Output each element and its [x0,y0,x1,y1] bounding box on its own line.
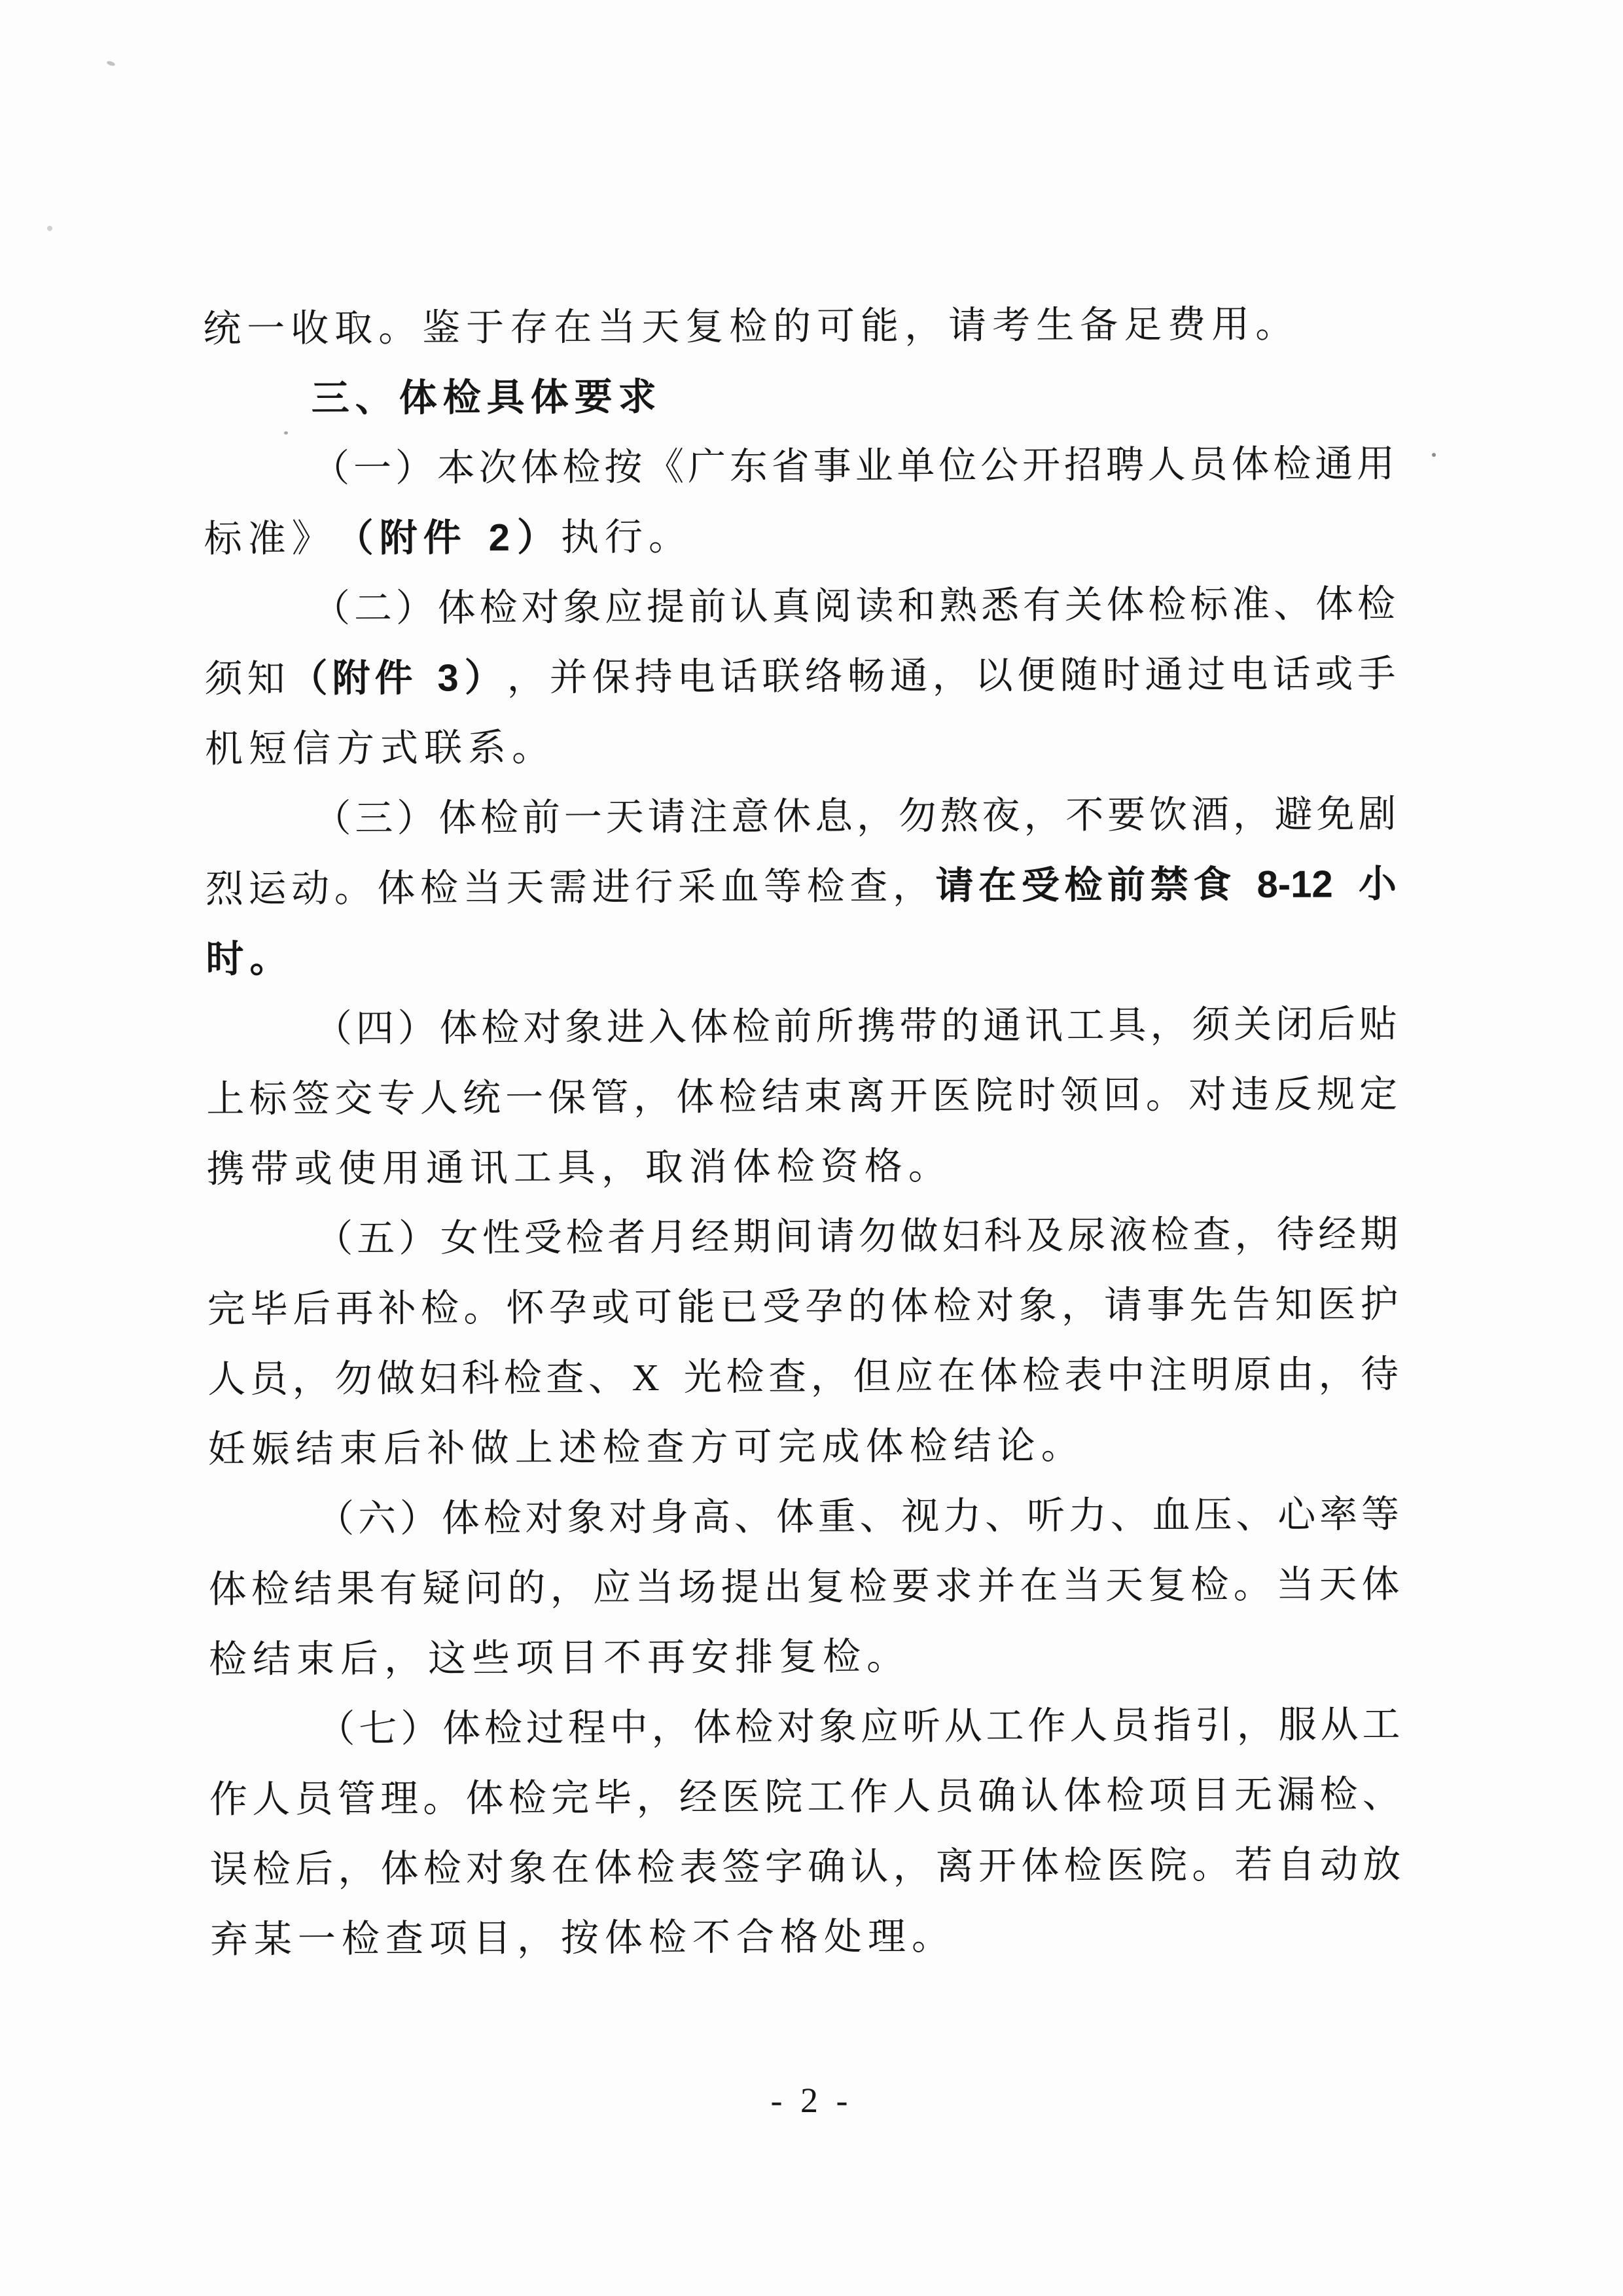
char: 人 [252,1778,290,1821]
char: 交 [334,1078,372,1121]
char: 、 [1274,584,1311,626]
char: 检 [423,1848,461,1890]
char: 须 [1192,1004,1230,1047]
char: 工 [986,1706,1024,1748]
char: 业 [855,445,893,488]
char: 五 [357,1218,395,1261]
char: 请 [935,865,973,908]
char: 体 [1107,584,1145,627]
char: 规 [1317,1073,1355,1116]
char: 娠 [252,1428,290,1471]
char: ， [1234,1214,1272,1257]
char: 在 [1020,1565,1058,1607]
char: 通 [1145,654,1183,696]
char: 检 [480,797,518,840]
char: 广 [688,446,726,489]
char: 员 [294,1778,332,1821]
char: 员 [1189,444,1227,486]
char: 招 [1064,444,1102,487]
char: 开 [1022,444,1060,487]
text-line: （六）体检对象对身高、体重、视力、听力、血压、心率等 [208,1480,1399,1555]
text-line: 机短信方式联系。 [205,709,1396,785]
char: 再 [647,1637,685,1679]
char: 畅 [847,655,885,698]
char: 三 [355,798,393,840]
char: 应 [895,1355,933,1398]
char: 检 [1190,1564,1228,1607]
char: 。 [1255,304,1293,346]
char: 象 [567,1497,605,1539]
char: 《 [646,446,684,489]
char: 当 [597,306,635,349]
char: ， [338,1848,376,1891]
text-line: 时。 [205,920,1397,995]
char: ， [636,1777,674,1820]
char: 完 [778,1426,816,1469]
char: 剧 [1358,793,1396,836]
char: 闭 [1275,1004,1313,1047]
char: 用 [1211,304,1249,346]
char: 话 [719,656,757,698]
char: 作 [850,1776,888,1818]
char: 话 [1272,654,1310,696]
char: ， [932,655,970,698]
char: 确 [808,1846,846,1889]
text-line: 作人员管理。体检完毕，经医院工作人员确认体检项目无漏检、 [209,1760,1400,1835]
char: 二 [354,588,392,630]
char: 签 [722,1846,760,1889]
char: 。 [423,1778,461,1820]
char: 小 [1359,863,1397,906]
char: 体 [776,1496,814,1539]
char: 经 [679,1777,717,1820]
char: 后 [295,1848,333,1891]
char: 求 [935,1566,972,1608]
char: 体 [439,1007,477,1050]
char: 对 [777,1706,815,1749]
char: 月 [649,1217,687,1259]
char: 时 [1102,655,1140,697]
char: 孕 [549,1287,587,1329]
char: 象 [565,1007,603,1049]
char: 通 [983,1005,1021,1048]
char: 。 [1233,1564,1271,1607]
text-line: （一）本次体检按《广东省事业单位公开招聘人员体检通用 [204,429,1395,505]
char: 听 [902,1706,940,1748]
char: 中 [1107,1355,1145,1397]
char: ， [384,1638,422,1681]
char: 关 [1234,1004,1272,1047]
char: 事 [813,446,851,488]
char: 血 [1152,1494,1190,1537]
char: 、 [859,1496,897,1538]
char: 联 [424,727,462,770]
char: 要 [575,376,613,419]
char: 处 [824,1916,862,1959]
char: 体 [438,797,476,840]
char: 按 [604,446,642,489]
char: 检 [933,1285,971,1328]
char: ， [651,1707,689,1749]
char: 一 [298,1918,336,1961]
char: 束 [340,1428,378,1471]
char: 请 [948,305,986,348]
char: 并 [550,656,588,699]
char: 省 [772,446,810,488]
char: 者 [607,1217,645,1259]
char: 检 [1151,1214,1189,1257]
char: 检 [726,1356,764,1399]
char: 格 [780,1916,818,1959]
text-line: 统一收取。鉴于存在当天复检的可能，请考生备足费用。 [203,289,1394,365]
char: 夜 [982,795,1020,838]
char: 应 [605,586,643,629]
char: 时 [205,939,243,981]
char: 签 [292,1078,330,1121]
char: 过 [1187,654,1225,696]
char: 妊 [208,1429,246,1471]
char: 的 [941,1005,979,1048]
char: ， [1150,1004,1188,1047]
char: ， [1318,1354,1356,1396]
text-line: 体检结果有疑问的，应当场提出复检要求并在当天复检。当天体 [208,1550,1399,1625]
char: 天 [506,867,544,910]
char: 体 [676,1077,714,1119]
char: 工 [514,1147,552,1190]
char: 注 [1149,1354,1187,1397]
char: 体 [891,1285,929,1328]
char: 待 [1361,1354,1399,1396]
char: 息 [815,796,853,838]
char: 携 [207,1149,245,1191]
text-line: 标准》（附件2）执行。 [204,499,1395,575]
char: 不 [603,1637,641,1679]
char: 论 [997,1425,1035,1467]
char: 出 [764,1566,802,1609]
scan-speck [1432,453,1436,457]
char: 待 [1276,1214,1314,1257]
char: 消 [689,1147,727,1189]
page-number: - 2 - [0,2080,1623,2121]
char: 性 [482,1217,520,1260]
char: 件 [374,658,412,700]
char: ） [398,1007,436,1050]
char: 查 [647,1427,685,1469]
char: 服 [1279,1704,1317,1747]
char: 提 [647,586,685,629]
char: 已 [720,1286,758,1329]
char: 足 [1124,304,1162,347]
char: 复 [779,1636,817,1679]
char: 体 [531,377,569,420]
char: 体 [208,1569,246,1611]
char: X [630,1357,660,1399]
char: 成 [822,1426,860,1469]
char: 要 [1107,795,1145,837]
char: （ [313,798,351,840]
char: 。 [649,516,687,559]
char: 不 [692,1917,730,1960]
char: 带 [899,1005,937,1048]
char: ， [633,1077,671,1119]
char: 员 [1111,1705,1149,1748]
char: 式 [380,728,418,770]
char: 考 [992,305,1030,348]
char: 需 [549,867,587,909]
char: 事 [1147,1284,1185,1327]
char: 重 [818,1496,856,1539]
char: 开 [889,1075,927,1118]
char: 当 [635,1567,673,1609]
char: 讯 [1025,1005,1063,1047]
char: 体 [520,447,558,490]
char: 有 [1023,584,1061,627]
char: 后 [383,1428,421,1471]
char: 医 [1317,1283,1355,1326]
text-line: 须知（附件3），并保持电话联络畅通，以便随时通过电话或手 [204,639,1395,715]
char: 理 [380,1778,418,1821]
char: 果 [336,1568,374,1611]
char: 体 [594,1847,632,1890]
char: 检 [481,1007,519,1050]
char: 毕 [594,1777,632,1820]
char: 查 [1193,1214,1231,1257]
char: 女 [440,1217,478,1260]
char: 这 [428,1638,466,1680]
char: 检 [823,1636,861,1679]
char: 明 [1191,1354,1229,1397]
char: 天 [1319,1564,1357,1606]
char: 检 [603,1427,641,1469]
char: 检 [251,1568,289,1611]
char: 天 [605,797,643,839]
char: 东 [730,446,768,488]
char: 当 [1062,1565,1100,1607]
char: 过 [526,1708,564,1750]
char: 》 [291,518,329,560]
char: 体 [980,1355,1018,1398]
char: 院 [1149,1844,1187,1887]
char: 附 [332,658,370,700]
char: 检 [443,377,481,420]
char: 尿 [1067,1215,1105,1257]
text-line: 弃某一检查项目，按体检不合格处理。 [210,1900,1401,1975]
char: 讯 [470,1147,508,1190]
char: 并 [977,1566,1015,1608]
char: 引 [1195,1704,1233,1747]
char: 某 [254,1918,292,1961]
char: 项 [429,1918,467,1960]
char: 次 [479,447,517,490]
char: 七 [359,1708,397,1751]
text-line: 上标签交专人统一保管，体检结束离开医院时领回。对违反规定 [206,1060,1397,1135]
char: 体 [399,377,437,420]
char: 能 [677,1287,715,1329]
char: 表 [679,1847,717,1890]
char: 具 [558,1147,596,1189]
text-line: （二）体检对象应提前认真阅读和熟悉有关体检标准、体检 [204,569,1395,645]
char: 请 [647,797,685,839]
char: 体 [1231,444,1269,486]
char: 注 [689,797,727,839]
char: 、 [734,1496,772,1539]
char: 体 [866,1426,904,1468]
char: 。 [908,1145,946,1188]
char: 违 [1231,1074,1269,1117]
char: 读 [855,585,893,628]
char: 做 [471,1427,509,1470]
char: 检 [504,1357,542,1400]
char: 鉴 [422,307,460,350]
char: 指 [1153,1704,1191,1747]
char: 医 [722,1776,760,1819]
char: 弃 [210,1919,248,1962]
char: 检 [420,867,458,910]
char: 检 [253,1848,291,1891]
char: 检 [729,306,767,348]
char: 检 [1273,444,1311,486]
char: 取 [645,1147,683,1189]
char: （ [316,1498,354,1541]
char: 疑 [422,1568,460,1610]
char: 准 [247,518,285,560]
char: 体 [690,1007,728,1049]
char: 若 [1234,1844,1272,1887]
char: 、 [1236,1494,1274,1537]
char: 检 [649,1917,687,1960]
char: 检 [209,1639,247,1681]
char: 具 [1108,1005,1146,1047]
char: 标 [1190,584,1228,626]
scan-speck [106,60,115,67]
char: 误 [209,1849,247,1892]
char: （ [289,658,327,700]
char: 公 [980,445,1018,488]
char: 休 [773,796,811,838]
char: 持 [635,656,673,699]
char: 领 [1060,1075,1098,1117]
char: 检 [421,1287,459,1330]
char: 有 [379,1568,417,1611]
char: 光 [684,1357,722,1399]
char: ， [550,1567,588,1609]
char: 检 [719,1076,757,1119]
char: 院 [764,1776,802,1819]
char: 体 [438,587,476,630]
char: 场 [678,1567,716,1609]
char: 知 [1275,1284,1313,1327]
text-line: 人员，勿做妇科检查、X光检查，但应在体检表中注明原由，待 [207,1340,1399,1415]
char: 手 [1357,653,1395,696]
char: 勿 [334,1358,372,1401]
char: 保 [592,656,630,699]
char: 带 [251,1148,289,1191]
char: 准 [1232,584,1270,626]
char: 本 [437,447,475,490]
char: 执 [561,516,599,559]
char: 通 [889,655,927,698]
char: 工 [807,1776,845,1819]
char: 勿 [899,795,936,838]
char: 检 [1106,1775,1144,1818]
char: 。 [512,727,550,770]
char: 按 [561,1917,599,1960]
char: 一 [505,1077,543,1120]
char: 禁 [1150,864,1188,906]
char: 免 [1316,793,1354,836]
char: （ [335,518,373,560]
char: 。 [866,1636,904,1678]
char: 的 [773,306,811,348]
char: ） [395,447,433,490]
char: 请 [817,1216,855,1259]
char: 对 [1188,1074,1226,1117]
char: 结 [954,1426,991,1468]
char: 体 [733,1146,771,1189]
char: 知 [247,658,285,700]
char: 复 [806,1566,844,1609]
char: 自 [1277,1844,1315,1887]
char: 在 [978,865,1016,908]
char: 8-12 [1255,863,1334,906]
char: 烈 [205,869,243,911]
char: 开 [978,1846,1016,1888]
char: 阅 [813,586,851,628]
char: 漏 [1277,1774,1315,1817]
char: 对 [609,1497,647,1539]
char: 身 [651,1497,688,1539]
char: 检 [562,446,600,489]
char: 体 [442,1498,480,1540]
char: 和 [897,585,935,628]
char: 人 [1069,1705,1107,1748]
char: 体 [693,1707,731,1749]
char: 后 [1317,1003,1355,1046]
char: 或 [1315,653,1353,696]
char: ， [1237,1704,1275,1747]
char: 查 [385,1918,423,1961]
char: 经 [1318,1213,1356,1256]
char: 医 [932,1075,970,1118]
char: 先 [1189,1284,1227,1327]
char: 方 [336,728,374,770]
char: 检 [1022,1355,1060,1397]
char: 查 [849,865,887,908]
char: 做 [900,1215,938,1258]
char: 检 [1148,584,1186,626]
char: 可 [817,306,855,348]
char: 力 [1069,1495,1107,1537]
char: 统 [203,308,241,351]
char: 悉 [981,585,1019,628]
char: 医 [1107,1845,1145,1888]
char: 短 [249,728,287,770]
char: （ [312,448,349,490]
char: 受 [1022,865,1060,907]
char: 能 [861,305,899,348]
char: 、 [985,1496,1023,1538]
char: 一 [353,448,391,490]
char: 理 [868,1916,906,1958]
char: 检 [732,1006,770,1049]
char: 检 [777,1146,815,1189]
char: 行 [635,867,673,909]
char: 认 [850,1846,888,1888]
document-page: 统一收取。鉴于存在当天复检的可能，请考生备足费用。三、体检具体要求（一）本次体检… [0,0,1623,2296]
char: 行 [605,516,643,559]
document-body: 统一收取。鉴于存在当天复检的可能，请考生备足费用。三、体检具体要求（一）本次体检… [203,289,1401,1975]
char: 检 [484,1498,522,1540]
